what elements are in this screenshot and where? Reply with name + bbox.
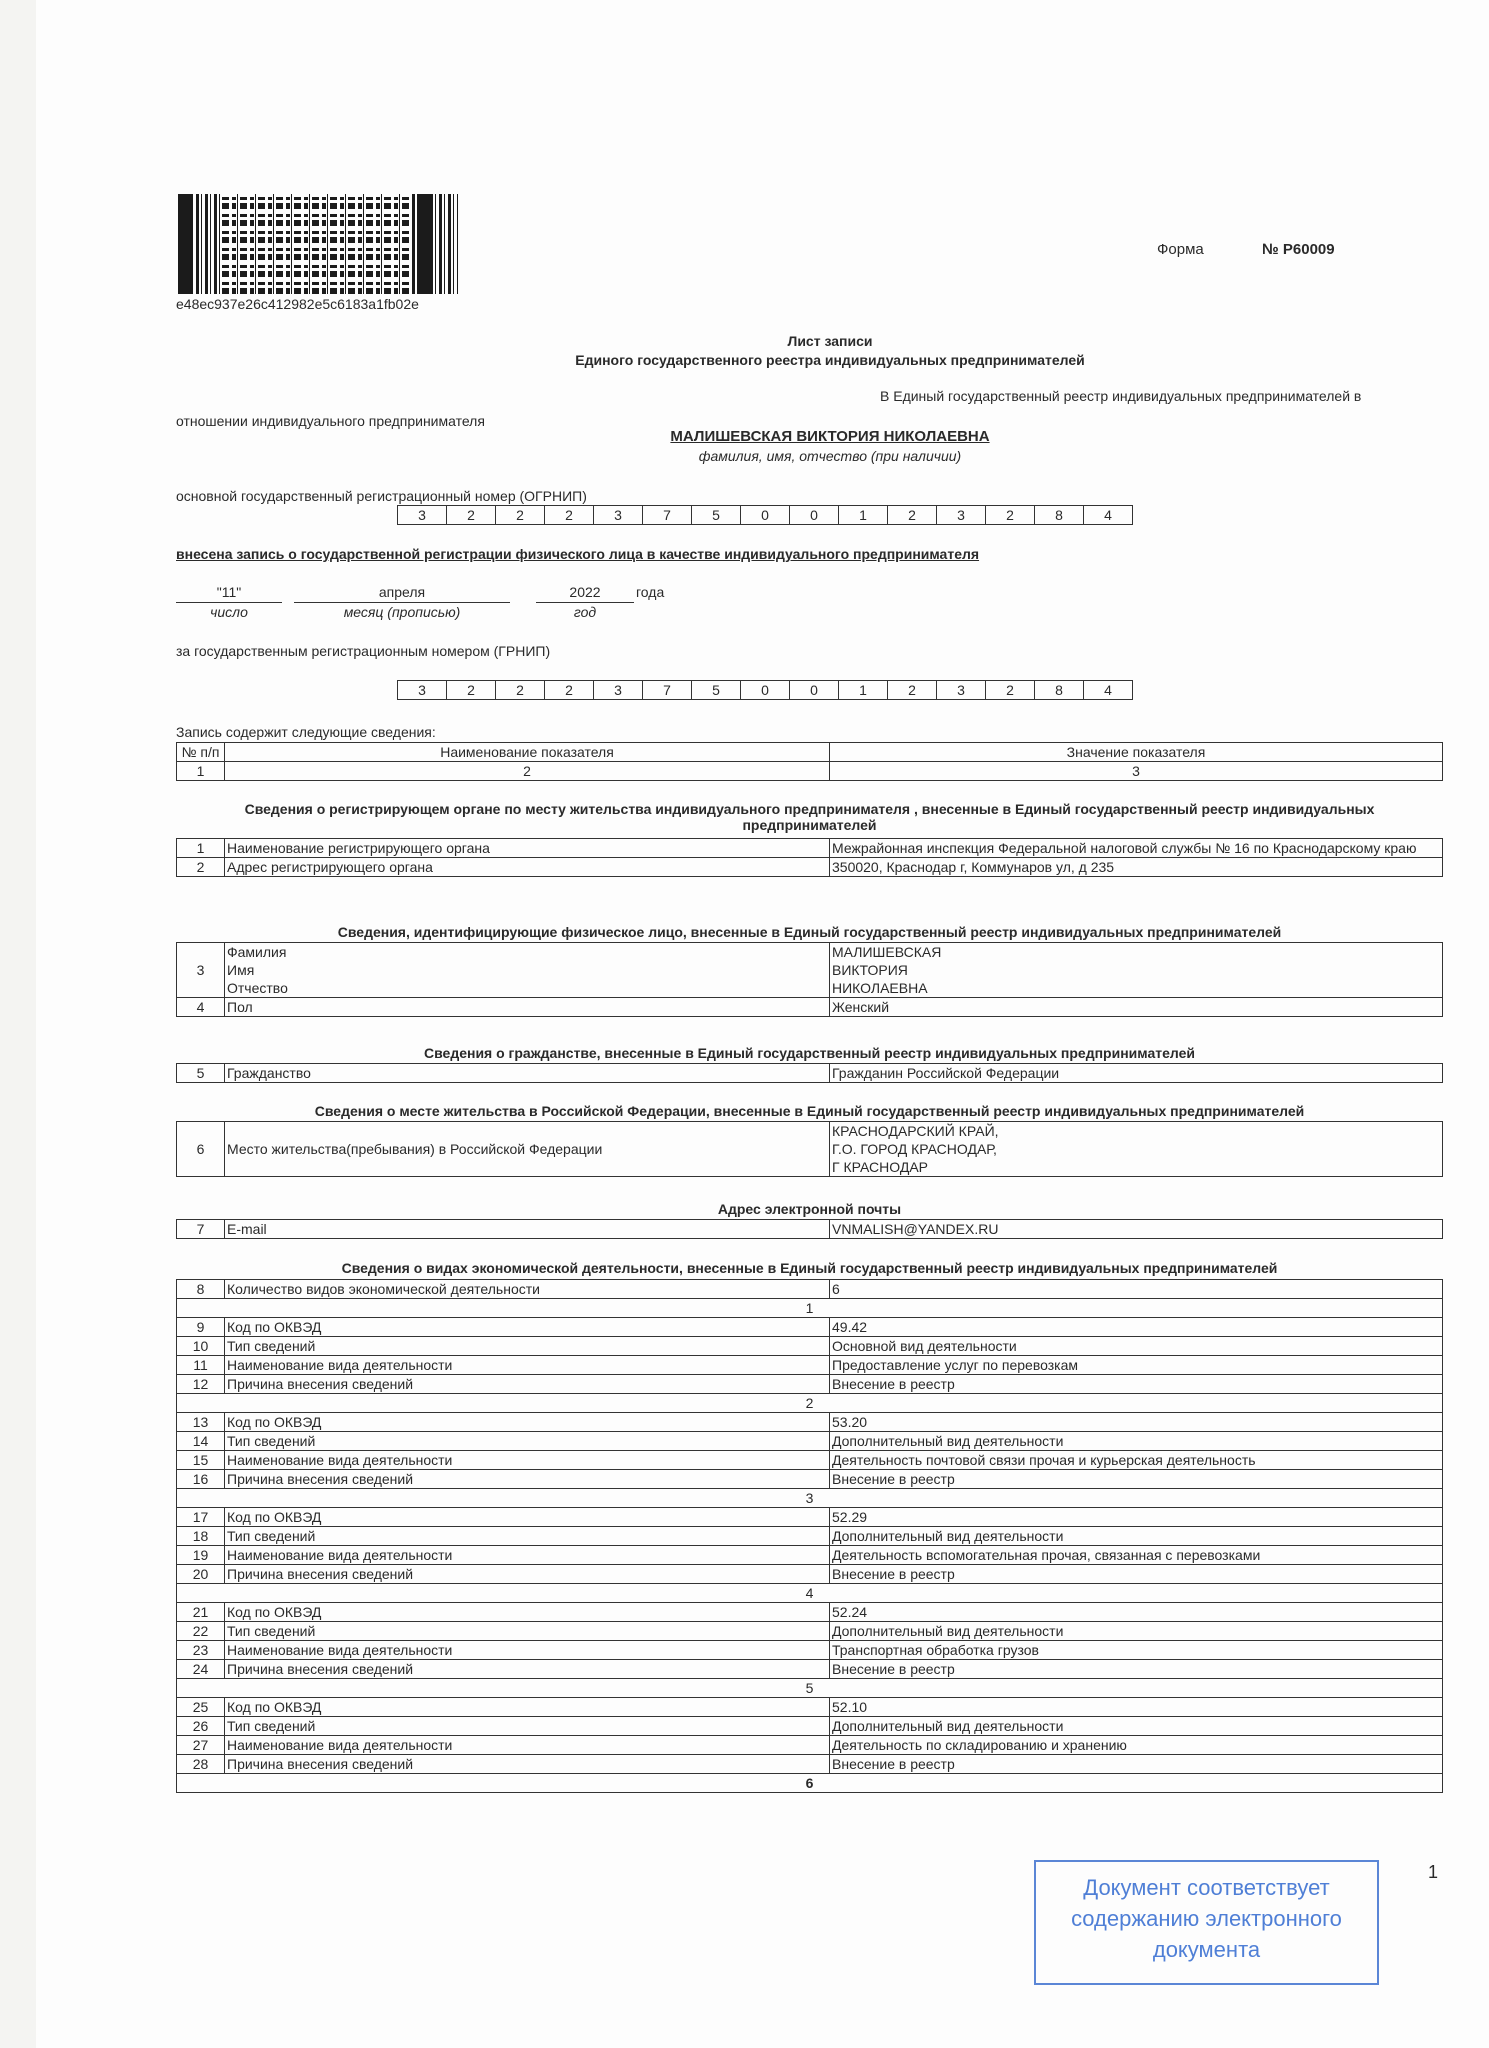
row-key: E-mail	[225, 1220, 830, 1239]
row-key: Тип сведений	[225, 1622, 830, 1641]
surname-label: Фамилия	[227, 943, 827, 961]
row-key: Наименование вида деятельности	[225, 1451, 830, 1470]
row-value: КРАСНОДАРСКИЙ КРАЙ, Г.О. ГОРОД КРАСНОДАР…	[830, 1122, 1443, 1177]
ogrnip-digit: 8	[1035, 506, 1084, 524]
row-key: Причина внесения сведений	[225, 1565, 830, 1584]
ogrnip-digit: 2	[545, 506, 594, 524]
table-row: 4 Пол Женский	[177, 998, 1443, 1017]
page-number: 1	[1428, 1862, 1438, 1883]
row-number: 5	[177, 1064, 225, 1083]
grnip-digit: 3	[398, 681, 447, 699]
grnip-digit: 7	[643, 681, 692, 699]
table-row: 1 Наименование регистрирующего органа Ме…	[177, 839, 1443, 858]
table-row: 27Наименование вида деятельностиДеятельн…	[177, 1736, 1443, 1755]
row-value: 52.29	[830, 1508, 1443, 1527]
header-num-2: 2	[225, 762, 830, 781]
row-value: 52.24	[830, 1603, 1443, 1622]
grnip-digits: 322237500123284	[397, 680, 1133, 700]
identity-table: 3 Фамилия Имя Отчество МАЛИШЕВСКАЯ ВИКТО…	[176, 942, 1443, 1017]
row-value: 52.10	[830, 1698, 1443, 1717]
row-key: Код по ОКВЭД	[225, 1318, 830, 1337]
table-row: 8 Количество видов экономической деятель…	[177, 1280, 1443, 1299]
row-value: Внесение в реестр	[830, 1565, 1443, 1584]
row-number: 28	[177, 1755, 225, 1774]
row-number: 12	[177, 1375, 225, 1394]
row-number: 23	[177, 1641, 225, 1660]
row-key: Тип сведений	[225, 1527, 830, 1546]
header-col-name: Наименование показателя	[225, 743, 830, 762]
table-row: 19Наименование вида деятельностиДеятельн…	[177, 1546, 1443, 1565]
document-subtitle: Единого государственного реестра индивид…	[400, 352, 1260, 368]
table-row: 16Причина внесения сведенийВнесение в ре…	[177, 1470, 1443, 1489]
activity-group-number: 1	[177, 1299, 1443, 1318]
record-month: апреля	[294, 584, 510, 603]
conformity-stamp: Документ соответствует содержанию электр…	[1034, 1860, 1379, 1985]
table-row: 25Код по ОКВЭД52.10	[177, 1698, 1443, 1717]
row-value: 49.42	[830, 1318, 1443, 1337]
table-row: 26Тип сведенийДополнительный вид деятель…	[177, 1717, 1443, 1736]
email-table: 7 E-mail VNMALISH@YANDEX.RU	[176, 1219, 1443, 1239]
email-value: VNMALISH@YANDEX.RU	[830, 1220, 1443, 1239]
table-row: 22Тип сведенийДополнительный вид деятель…	[177, 1622, 1443, 1641]
row-value: Внесение в реестр	[830, 1660, 1443, 1679]
row-number: 13	[177, 1413, 225, 1432]
row-key: Наименование вида деятельности	[225, 1546, 830, 1565]
activity-group-header: 4	[177, 1584, 1443, 1603]
record-day: "11"	[176, 584, 282, 603]
section-title-registering-body: Сведения о регистрирующем органе по мест…	[176, 801, 1443, 833]
activity-group-number: 4	[177, 1584, 1443, 1603]
row-number: 17	[177, 1508, 225, 1527]
grnip-digit: 4	[1084, 681, 1132, 699]
header-col-number: № п/п	[177, 743, 225, 762]
table-row: 6 Место жительства(пребывания) в Российс…	[177, 1122, 1443, 1177]
section-title-email: Адрес электронной почты	[176, 1201, 1443, 1217]
ogrnip-digit: 7	[643, 506, 692, 524]
ogrnip-digit: 2	[986, 506, 1035, 524]
ogrnip-digit: 2	[447, 506, 496, 524]
barcode-image	[178, 194, 458, 294]
table-row: 14Тип сведенийДополнительный вид деятель…	[177, 1432, 1443, 1451]
row-key: Гражданство	[225, 1064, 830, 1083]
ogrnip-digit: 0	[741, 506, 790, 524]
header-col-value: Значение показателя	[830, 743, 1443, 762]
row-value: Дополнительный вид деятельности	[830, 1527, 1443, 1546]
row-value: 350020, Краснодар г, Коммунаров ул, д 23…	[830, 858, 1443, 877]
residence-line: КРАСНОДАРСКИЙ КРАЙ,	[832, 1122, 1440, 1140]
row-value: Деятельность почтовой связи прочая и кур…	[830, 1451, 1443, 1470]
record-day-caption: число	[176, 604, 282, 620]
activity-group-header: 3	[177, 1489, 1443, 1508]
section-title-activities: Сведения о видах экономической деятельно…	[176, 1260, 1443, 1276]
row-key: Наименование вида деятельности	[225, 1356, 830, 1375]
residence-table: 6 Место жительства(пребывания) в Российс…	[176, 1121, 1443, 1177]
barcode-code: e48ec937e26c412982e5c6183a1fb02e	[176, 296, 419, 312]
header-num-1: 1	[177, 762, 225, 781]
row-key: Количество видов экономической деятельно…	[225, 1280, 830, 1299]
activity-group-header: 1	[177, 1299, 1443, 1318]
ogrnip-digit: 4	[1084, 506, 1132, 524]
row-number: 9	[177, 1318, 225, 1337]
row-number: 27	[177, 1736, 225, 1755]
row-key: Причина внесения сведений	[225, 1660, 830, 1679]
row-value: Дополнительный вид деятельности	[830, 1432, 1443, 1451]
first-name-label: Имя	[227, 961, 827, 979]
ogrnip-digit: 1	[839, 506, 888, 524]
table-row: 15Наименование вида деятельностиДеятельн…	[177, 1451, 1443, 1470]
row-key: Тип сведений	[225, 1432, 830, 1451]
form-label: Форма	[1157, 241, 1204, 258]
row-value: Внесение в реестр	[830, 1470, 1443, 1489]
record-year: 2022	[536, 584, 634, 603]
row-value: Межрайонная инспекция Федеральной налого…	[830, 839, 1443, 858]
activity-group-header: 6	[177, 1774, 1443, 1793]
record-year-suffix: года	[636, 584, 664, 600]
grnip-digit: 5	[692, 681, 741, 699]
person-name-caption: фамилия, имя, отчество (при наличии)	[500, 448, 1160, 464]
contents-label: Запись содержит следующие сведения:	[176, 724, 436, 740]
row-value: Деятельность вспомогательная прочая, свя…	[830, 1546, 1443, 1565]
table-row: 23Наименование вида деятельностиТранспор…	[177, 1641, 1443, 1660]
ogrnip-digits: 322237500123284	[397, 505, 1133, 525]
grnip-digit: 2	[986, 681, 1035, 699]
activity-group-number: 2	[177, 1394, 1443, 1413]
row-value: 53.20	[830, 1413, 1443, 1432]
grnip-digit: 2	[447, 681, 496, 699]
residence-line: Г.О. ГОРОД КРАСНОДАР,	[832, 1140, 1440, 1158]
activity-group-number: 3	[177, 1489, 1443, 1508]
table-row: 18Тип сведенийДополнительный вид деятель…	[177, 1527, 1443, 1546]
table-row: 17Код по ОКВЭД52.29	[177, 1508, 1443, 1527]
row-number: 1	[177, 839, 225, 858]
header-num-3: 3	[830, 762, 1443, 781]
row-value: Основной вид деятельности	[830, 1337, 1443, 1356]
row-number: 4	[177, 998, 225, 1017]
grnip-digit: 1	[839, 681, 888, 699]
row-value: Дополнительный вид деятельности	[830, 1622, 1443, 1641]
row-key: Наименование вида деятельности	[225, 1736, 830, 1755]
table-row: 24Причина внесения сведенийВнесение в ре…	[177, 1660, 1443, 1679]
citizenship-table: 5 Гражданство Гражданин Российской Федер…	[176, 1063, 1443, 1083]
row-number: 2	[177, 858, 225, 877]
person-name: МАЛИШЕВСКАЯ ВИКТОРИЯ НИКОЛАЕВНА	[500, 428, 1160, 445]
activity-group-number: 5	[177, 1679, 1443, 1698]
ogrnip-digit: 3	[398, 506, 447, 524]
row-value: Гражданин Российской Федерации	[830, 1064, 1443, 1083]
section-title-identity: Сведения, идентифицирующие физическое ли…	[176, 924, 1443, 940]
ogrnip-digit: 5	[692, 506, 741, 524]
section-title-citizenship: Сведения о гражданстве, внесенные в Един…	[176, 1045, 1443, 1061]
row-number: 21	[177, 1603, 225, 1622]
row-key: Причина внесения сведений	[225, 1375, 830, 1394]
row-number: 24	[177, 1660, 225, 1679]
grnip-digit: 0	[790, 681, 839, 699]
row-key: Наименование регистрирующего органа	[225, 839, 830, 858]
table-row: 21Код по ОКВЭД52.24	[177, 1603, 1443, 1622]
ogrnip-digit: 3	[594, 506, 643, 524]
row-value: МАЛИШЕВСКАЯ ВИКТОРИЯ НИКОЛАЕВНА	[830, 943, 1443, 998]
row-key: Адрес регистрирующего органа	[225, 858, 830, 877]
table-row: 10Тип сведенийОсновной вид деятельности	[177, 1337, 1443, 1356]
row-number: 18	[177, 1527, 225, 1546]
row-number: 22	[177, 1622, 225, 1641]
table-row: 2 Адрес регистрирующего органа 350020, К…	[177, 858, 1443, 877]
row-value: Внесение в реестр	[830, 1375, 1443, 1394]
grnip-digit: 2	[545, 681, 594, 699]
grnip-digit: 8	[1035, 681, 1084, 699]
document-title: Лист записи	[500, 333, 1160, 349]
table-row: 9Код по ОКВЭД49.42	[177, 1318, 1443, 1337]
table-row: 13Код по ОКВЭД53.20	[177, 1413, 1443, 1432]
surname-value: МАЛИШЕВСКАЯ	[832, 943, 1440, 961]
row-key: Наименование вида деятельности	[225, 1641, 830, 1660]
table-row: 12Причина внесения сведенийВнесение в ре…	[177, 1375, 1443, 1394]
ogrnip-digit: 0	[790, 506, 839, 524]
row-value: Транспортная обработка грузов	[830, 1641, 1443, 1660]
row-number: 7	[177, 1220, 225, 1239]
row-key: Пол	[225, 998, 830, 1017]
record-heading: внесена запись о государственной регистр…	[176, 546, 979, 562]
table-row: 7 E-mail VNMALISH@YANDEX.RU	[177, 1220, 1443, 1239]
residence-line: Г КРАСНОДАР	[832, 1158, 1440, 1176]
row-key: Код по ОКВЭД	[225, 1508, 830, 1527]
row-value: Женский	[830, 998, 1443, 1017]
intro-text-line2: отношении индивидуального предпринимател…	[176, 413, 485, 429]
row-key: Место жительства(пребывания) в Российско…	[225, 1122, 830, 1177]
row-key: Тип сведений	[225, 1717, 830, 1736]
section-title-residence: Сведения о месте жительства в Российской…	[176, 1103, 1443, 1119]
row-number: 16	[177, 1470, 225, 1489]
registering-body-table: 1 Наименование регистрирующего органа Ме…	[176, 838, 1443, 877]
row-key: Код по ОКВЭД	[225, 1413, 830, 1432]
patronymic-label: Отчество	[227, 979, 827, 997]
row-number: 10	[177, 1337, 225, 1356]
first-name-value: ВИКТОРИЯ	[832, 961, 1440, 979]
stamp-line: содержанию электронного	[1036, 1903, 1377, 1934]
row-number: 14	[177, 1432, 225, 1451]
header-table: № п/п Наименование показателя Значение п…	[176, 742, 1443, 781]
record-year-caption: год	[536, 604, 634, 620]
row-number: 3	[177, 943, 225, 998]
grnip-digit: 3	[937, 681, 986, 699]
intro-text-line1: В Единый государственный реестр индивиду…	[880, 388, 1361, 404]
grnip-digit: 3	[594, 681, 643, 699]
ogrnip-label: основной государственный регистрационный…	[176, 488, 587, 504]
row-key: Фамилия Имя Отчество	[225, 943, 830, 998]
activities-table: 8 Количество видов экономической деятель…	[176, 1279, 1443, 1793]
row-key: Код по ОКВЭД	[225, 1603, 830, 1622]
ogrnip-digit: 2	[496, 506, 545, 524]
activity-group-header: 2	[177, 1394, 1443, 1413]
grnip-digit: 0	[741, 681, 790, 699]
activity-group-header: 5	[177, 1679, 1443, 1698]
ogrnip-digit: 3	[937, 506, 986, 524]
form-number: № Р60009	[1262, 241, 1335, 258]
row-value: Внесение в реестр	[830, 1755, 1443, 1774]
table-row: 28Причина внесения сведенийВнесение в ре…	[177, 1755, 1443, 1774]
activity-group-number: 6	[177, 1774, 1443, 1793]
record-month-caption: месяц (прописью)	[294, 604, 510, 620]
row-number: 8	[177, 1280, 225, 1299]
row-number: 25	[177, 1698, 225, 1717]
table-row: 11Наименование вида деятельностиПредоста…	[177, 1356, 1443, 1375]
row-number: 26	[177, 1717, 225, 1736]
ogrnip-digit: 2	[888, 506, 937, 524]
table-row: 20Причина внесения сведенийВнесение в ре…	[177, 1565, 1443, 1584]
stamp-line: документа	[1036, 1934, 1377, 1965]
row-number: 19	[177, 1546, 225, 1565]
row-value: Предоставление услуг по перевозкам	[830, 1356, 1443, 1375]
row-number: 6	[177, 1122, 225, 1177]
row-number: 11	[177, 1356, 225, 1375]
row-value: 6	[830, 1280, 1443, 1299]
row-value: Дополнительный вид деятельности	[830, 1717, 1443, 1736]
row-key: Тип сведений	[225, 1337, 830, 1356]
row-value: Деятельность по складированию и хранению	[830, 1736, 1443, 1755]
grnip-label: за государственным регистрационным номер…	[176, 643, 550, 659]
row-key: Причина внесения сведений	[225, 1755, 830, 1774]
grnip-digit: 2	[496, 681, 545, 699]
row-number: 15	[177, 1451, 225, 1470]
table-row: 5 Гражданство Гражданин Российской Федер…	[177, 1064, 1443, 1083]
patronymic-value: НИКОЛАЕВНА	[832, 979, 1440, 997]
row-key: Код по ОКВЭД	[225, 1698, 830, 1717]
row-key: Причина внесения сведений	[225, 1470, 830, 1489]
stamp-line: Документ соответствует	[1036, 1872, 1377, 1903]
row-number: 20	[177, 1565, 225, 1584]
table-row: 3 Фамилия Имя Отчество МАЛИШЕВСКАЯ ВИКТО…	[177, 943, 1443, 998]
grnip-digit: 2	[888, 681, 937, 699]
